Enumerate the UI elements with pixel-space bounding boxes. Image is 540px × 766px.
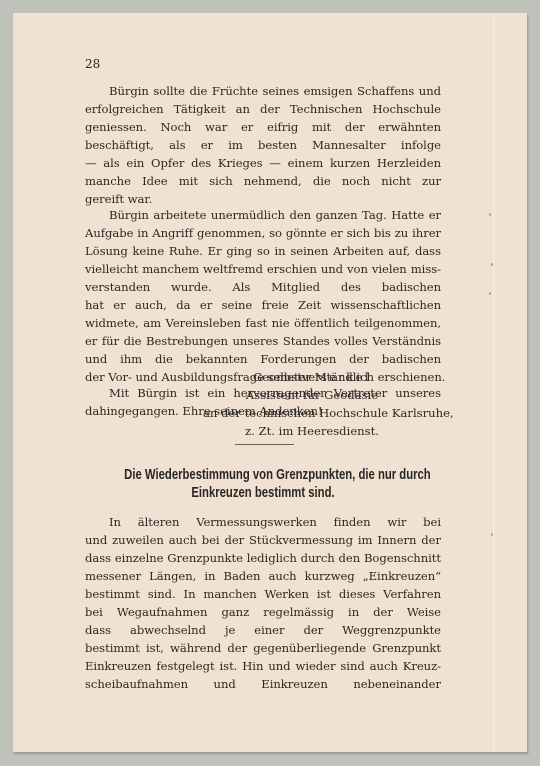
text-line: und zuweilen auch bei der Stückvermessun… xyxy=(85,533,441,547)
text-line: erfolgreichen Tätigkeit an der Technisch… xyxy=(85,102,441,116)
paper-speck xyxy=(489,213,491,216)
text-line: er für die Bestrebungen unseres Standes … xyxy=(85,334,441,348)
text-line: dass abwechselnd je einer der Weggrenzpu… xyxy=(85,623,441,637)
text-line: widmete, am Vereinsleben fast nie öffent… xyxy=(85,316,441,330)
text-line: scheibaufnahmen und Einkreuzen nebeneina… xyxy=(85,677,441,691)
text-line: Einkreuzen festgelegt ist. Hin und wiede… xyxy=(85,659,441,673)
text-line: messener Längen, in Baden auch kurzweg „… xyxy=(85,569,441,583)
text-line: bestimmt ist, während der gegenüberliege… xyxy=(85,641,441,655)
text-line: Aufgabe in Angriff genommen, so gönnte e… xyxy=(85,226,441,240)
text-line: hat er auch, da er seine freie Zeit wiss… xyxy=(85,298,441,312)
signature-position: Assistent für Geodäsie xyxy=(193,388,431,402)
heading-line: Die Wiederbestimmung von Grenzpunkten, d… xyxy=(124,466,402,484)
text-line: Bürgin sollte die Früchte seines emsigen… xyxy=(109,84,441,98)
text-line: — als ein Opfer des Krieges — einem kurz… xyxy=(85,156,441,170)
text-line: geniessen. Noch war er eifrig mit der er… xyxy=(85,120,441,134)
text-line: In älteren Vermessungswerken finden wir … xyxy=(109,515,441,529)
text-line: bei Wegaufnahmen ganz regelmässig in der… xyxy=(85,605,441,619)
document-page: 28 Bürgin sollte die Früchte seines emsi… xyxy=(13,13,527,752)
text-line: manche Idee mit sich nehmend, die noch n… xyxy=(85,174,441,188)
text-line: Lösung keine Ruhe. Er ging so in seinen … xyxy=(85,244,441,258)
text-line: bestimmt sind. In manchen Werken ist die… xyxy=(85,587,441,601)
page-number: 28 xyxy=(85,57,100,71)
text-line: gereift war. xyxy=(85,192,441,206)
text-line: vielleicht manchem weltfremd erschien un… xyxy=(85,262,441,276)
signature-status: z. Zt. im Heeresdienst. xyxy=(193,424,431,438)
heading-line: Einkreuzen bestimmt sind. xyxy=(124,484,402,502)
signature-name: Geometer Merkel xyxy=(193,370,431,384)
text-line: dass einzelne Grenzpunkte lediglich durc… xyxy=(85,551,441,565)
paper-speck xyxy=(489,292,491,295)
paper-speck xyxy=(491,263,493,266)
signature-institution: an der technischen Hochschule Karlsruhe, xyxy=(203,406,441,420)
text-line: verstanden wurde. Als Mitglied des badis… xyxy=(85,280,441,294)
text-line: beschäftigt, als er im besten Mannesalte… xyxy=(85,138,441,152)
section-divider xyxy=(235,444,294,445)
page-fold-line xyxy=(493,13,494,752)
signature-title: Geometer xyxy=(253,370,311,384)
paper-speck xyxy=(491,533,493,536)
text-line: und ihm die bekannten Forderungen der ba… xyxy=(85,352,441,366)
signature-surname: Merkel xyxy=(315,370,371,384)
text-line: Bürgin arbeitete unermüdlich den ganzen … xyxy=(109,208,441,222)
